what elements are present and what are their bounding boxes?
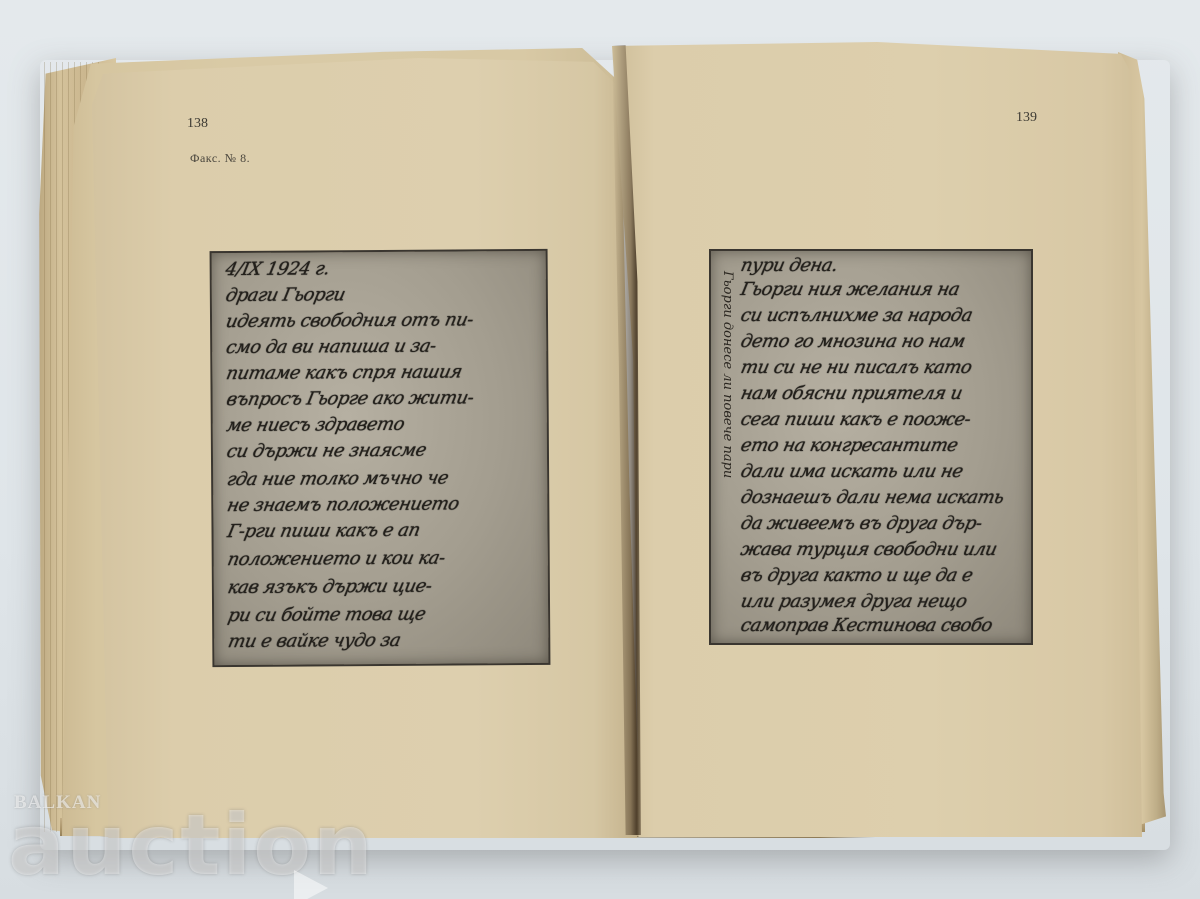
right-page-number: 139: [1016, 110, 1037, 126]
handwritten-line: ти е вайке чудо за: [225, 625, 541, 657]
left-facsimile-letter: 4/IX 1924 г. драги Гьорги идеять свободн…: [210, 249, 551, 667]
handwritten-line: самоправ Кестинова свобо: [738, 611, 1024, 641]
facsimile-caption: Факс. № 8.: [190, 151, 250, 166]
right-facsimile-letter: Гьорги донесе ли повече пари пури дена. …: [709, 249, 1033, 645]
left-page-number: 138: [187, 116, 208, 132]
watermark-arrow-icon: [294, 870, 328, 899]
margin-note: Гьорги донесе ли повече пари: [713, 271, 739, 611]
